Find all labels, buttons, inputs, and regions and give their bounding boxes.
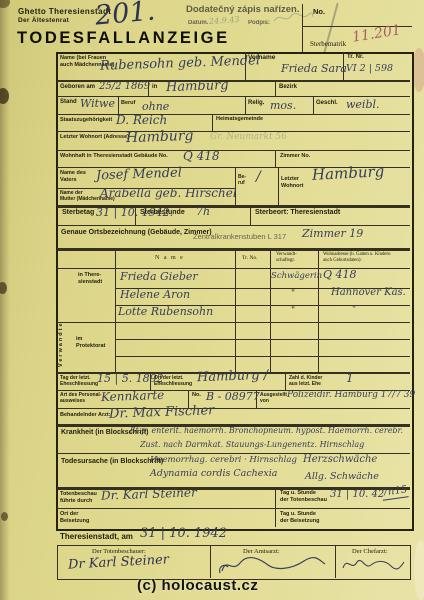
behandelnder-arzt-label: Behandelnder Arzt: xyxy=(60,412,111,419)
divider xyxy=(275,150,276,167)
death-notice-document: Ghetto Theresienstadt Der Ältestenrat 20… xyxy=(0,0,424,600)
paper-smudge xyxy=(414,540,424,600)
vater-name-label: Name des Vaters xyxy=(60,170,86,183)
ausgestellt-von-value: Polizeidir. Hamburg 17/7 39 xyxy=(287,391,415,400)
relatives-col-trno: Tr. No. xyxy=(242,255,258,262)
relative-row-adresse: Q 418 xyxy=(323,269,357,280)
letzter-wohnort-value: Hamburg xyxy=(126,129,194,145)
ortsbezeichnung-label: Genaue Ortsbezeichnung (Gebäude, Zimmer) xyxy=(61,229,212,237)
divider xyxy=(57,150,410,151)
sterbematrik-label: Sterbematrik xyxy=(310,40,346,48)
amtsarzt-signature-scrawl xyxy=(216,553,328,575)
eltern-beruf-label: Be- ruf xyxy=(238,174,246,186)
krankheit-line2: Zust. nach Darmkat. Stauungs-Lungenentz.… xyxy=(140,441,364,449)
heimatsgemeinde-label: Heimatsgemeinde xyxy=(216,116,263,123)
form-title: TODESFALLANZEIGE xyxy=(17,29,230,49)
relative-row-name: Helene Aron xyxy=(120,289,190,300)
addendum-stamp-podpis-label: Podpis: xyxy=(248,20,270,26)
theresienstadt-am-date: 31 | 10. 1942 xyxy=(140,527,227,540)
eltern-wohnort-label: Letzter Wohnort xyxy=(281,176,304,189)
divider xyxy=(335,545,336,578)
ehe-ort-label: Ort der letzt. Eheschliessung xyxy=(154,375,192,387)
divider xyxy=(235,248,236,372)
relative-row-verwandtschaft: Schwägerin xyxy=(271,272,322,281)
letzter-wohnort-pencil-note: Gr. Neumarkt 56 xyxy=(210,133,287,142)
ortsbezeichnung-stamp: Zentralkrankenstuben L 317 xyxy=(193,232,286,241)
beisetzung-zeit-label: Tag u. Stunde der Beisetzung xyxy=(280,511,319,524)
letzter-wohnort-label: Letzter Wohnort (Adresse) xyxy=(60,134,129,141)
ortsbezeichnung-value: Zimmer 19 xyxy=(302,228,363,239)
divider xyxy=(285,372,286,390)
geboren-am-label: Geboren am xyxy=(60,84,95,91)
divider xyxy=(115,248,116,372)
paper-stain xyxy=(1,512,8,521)
divider xyxy=(270,248,271,372)
verwandte-side-label: Verwandte xyxy=(58,255,65,367)
sterbetag-label: Sterbetag xyxy=(62,209,94,217)
stand-label: Stand xyxy=(60,99,77,106)
handwritten-case-number: 201. xyxy=(94,0,156,30)
todesursache-line1b: Herzschwäche xyxy=(303,455,377,465)
todesursache-line3: Allg. Schwäche xyxy=(305,472,379,482)
divider xyxy=(275,487,276,527)
relative-row-verwandtschaft: " xyxy=(291,307,295,316)
section-in-theresienstadt: in There- sienstadt xyxy=(78,272,102,285)
bezirk-label: Bezirk xyxy=(279,84,297,91)
behandelnder-arzt-value: Dr. Max Fischer xyxy=(109,404,215,421)
totenbeschau-value: Dr. Karl Steiner xyxy=(101,486,197,501)
todesursache-line1: Haemorrhag. cerebri · Hirnschlag xyxy=(150,456,297,465)
divider xyxy=(245,96,246,114)
krankheit-line1: St.p. enterit. haemorrh. Bronchopneum. h… xyxy=(130,427,403,435)
vater-name-value: Josef Mendel xyxy=(96,167,182,183)
relatives-col-verwandtschaft: Verwandt- schaftsgr. xyxy=(276,252,297,264)
eltern-beruf-value: / xyxy=(256,170,261,184)
theresienstadt-am-label: Theresienstadt, am xyxy=(60,532,133,542)
geboren-am-value: 25/2 1869 xyxy=(99,82,150,92)
no-field-label: No. xyxy=(313,7,325,16)
ausweis-art-value: Kennkarte xyxy=(101,389,165,403)
org-name-line2: Der Ältestenrat xyxy=(18,17,69,25)
staatszugehoerigkeit-value: D. Reich xyxy=(116,114,167,126)
watermark: (c) holocaust.cz xyxy=(137,577,258,594)
eltern-wohnort-value: Hamburg xyxy=(312,164,385,183)
divider xyxy=(57,322,410,323)
kinder-label: Zahl d. Kinder aus letzt. Ehe xyxy=(289,375,322,387)
ausweis-no-value: B - 08977 xyxy=(206,391,260,402)
divider xyxy=(57,248,410,251)
totenbeschau-zeit-label: Tag u. Stunde der Totenbeschau xyxy=(280,490,327,503)
sterbeort-label: Sterbeort: Theresienstadt xyxy=(255,209,340,217)
vorname-field-label: Vorname xyxy=(248,54,275,62)
kinder-value: 1 xyxy=(346,372,354,384)
relig-label: Relig. xyxy=(248,100,264,107)
sterbestunde-value: 7h xyxy=(196,206,210,217)
sterbestunde-label: Sterbestunde xyxy=(140,209,185,217)
divider xyxy=(318,248,319,372)
relative-row-adresse: Hannover Kas. xyxy=(331,288,406,298)
gebaeude-no-label: Wohnhaft in Theresienstadt Gebäude No. xyxy=(60,153,168,160)
divider xyxy=(302,4,303,52)
vorname-field-value: Frieda Sara xyxy=(281,63,347,74)
beruf-label: Beruf xyxy=(121,100,135,107)
relative-row-adresse: " xyxy=(352,306,356,315)
totenbeschau-label: Totenbeschau führte durch xyxy=(60,491,97,504)
zimmer-no-label: Zimmer No. xyxy=(280,153,310,160)
trnr-field-value: VI 2 | 598 xyxy=(346,64,393,74)
relatives-col-adresse: Wohnadresse (b. Gatten u. Kindern auch G… xyxy=(323,252,391,264)
relatives-col-name: N a m e xyxy=(155,255,184,262)
trnr-field-label: Tr. Nr. xyxy=(347,54,364,61)
chefarzt-signature-scrawl xyxy=(340,554,406,574)
addendum-stamp-datum-label: Datum. xyxy=(188,20,208,26)
divider xyxy=(250,205,251,225)
divider xyxy=(57,268,410,269)
divider xyxy=(57,225,410,226)
relative-row-name: Frieda Gieber xyxy=(120,271,198,282)
gebaeude-no-value: Q 418 xyxy=(183,150,220,162)
podpis-signature-scrawl xyxy=(272,10,314,26)
totenbeschau-zeit-value: 31 | 10. 42 xyxy=(330,490,384,500)
addendum-stamp-datum-value: 24.9.43 xyxy=(209,16,240,26)
geschl-label: Geschl. xyxy=(316,100,338,107)
ausweis-art-label: Art des Personal- ausweises xyxy=(60,392,101,404)
todesursache-label: Todesursache (in Blockschrift) xyxy=(61,458,163,466)
todesursache-line2: Adynamia cordis Cachexia xyxy=(150,469,277,479)
relative-row-name: Lotte Rubensohn xyxy=(118,306,213,317)
geschl-value: weibl. xyxy=(346,99,380,110)
relative-row-verwandtschaft: " xyxy=(291,290,295,299)
divider xyxy=(57,114,410,115)
divider xyxy=(115,356,410,357)
divider xyxy=(212,114,213,131)
beisetzung-ort-label: Ort der Beisetzung xyxy=(60,511,89,524)
ausweis-no-label: No. xyxy=(192,392,201,399)
divider xyxy=(118,96,119,114)
ausgestellt-von-label: Ausgestellt von xyxy=(260,392,287,404)
relig-value: mos. xyxy=(270,100,296,111)
ehe-tag-label: Tag der letzt. Eheschliessung xyxy=(60,375,98,387)
divider xyxy=(275,81,276,96)
beruf-value: ohne xyxy=(142,101,169,112)
divider xyxy=(57,508,410,509)
divider xyxy=(115,339,410,340)
section-im-protektorat: im Protektorat xyxy=(76,336,105,349)
divider xyxy=(210,545,211,578)
mutter-name-value: Arabella geb. Hirschel xyxy=(100,187,237,199)
divider xyxy=(278,167,279,205)
geburtsort-value: Hamburg xyxy=(166,79,229,94)
ehe-ort-value: Hamburg / xyxy=(197,369,269,384)
geburtsort-label: in xyxy=(152,84,157,91)
divider xyxy=(313,96,314,114)
stand-value: Witwe xyxy=(80,98,115,109)
staatszugehoerigkeit-label: Staatszugehörigkeit xyxy=(60,117,112,124)
